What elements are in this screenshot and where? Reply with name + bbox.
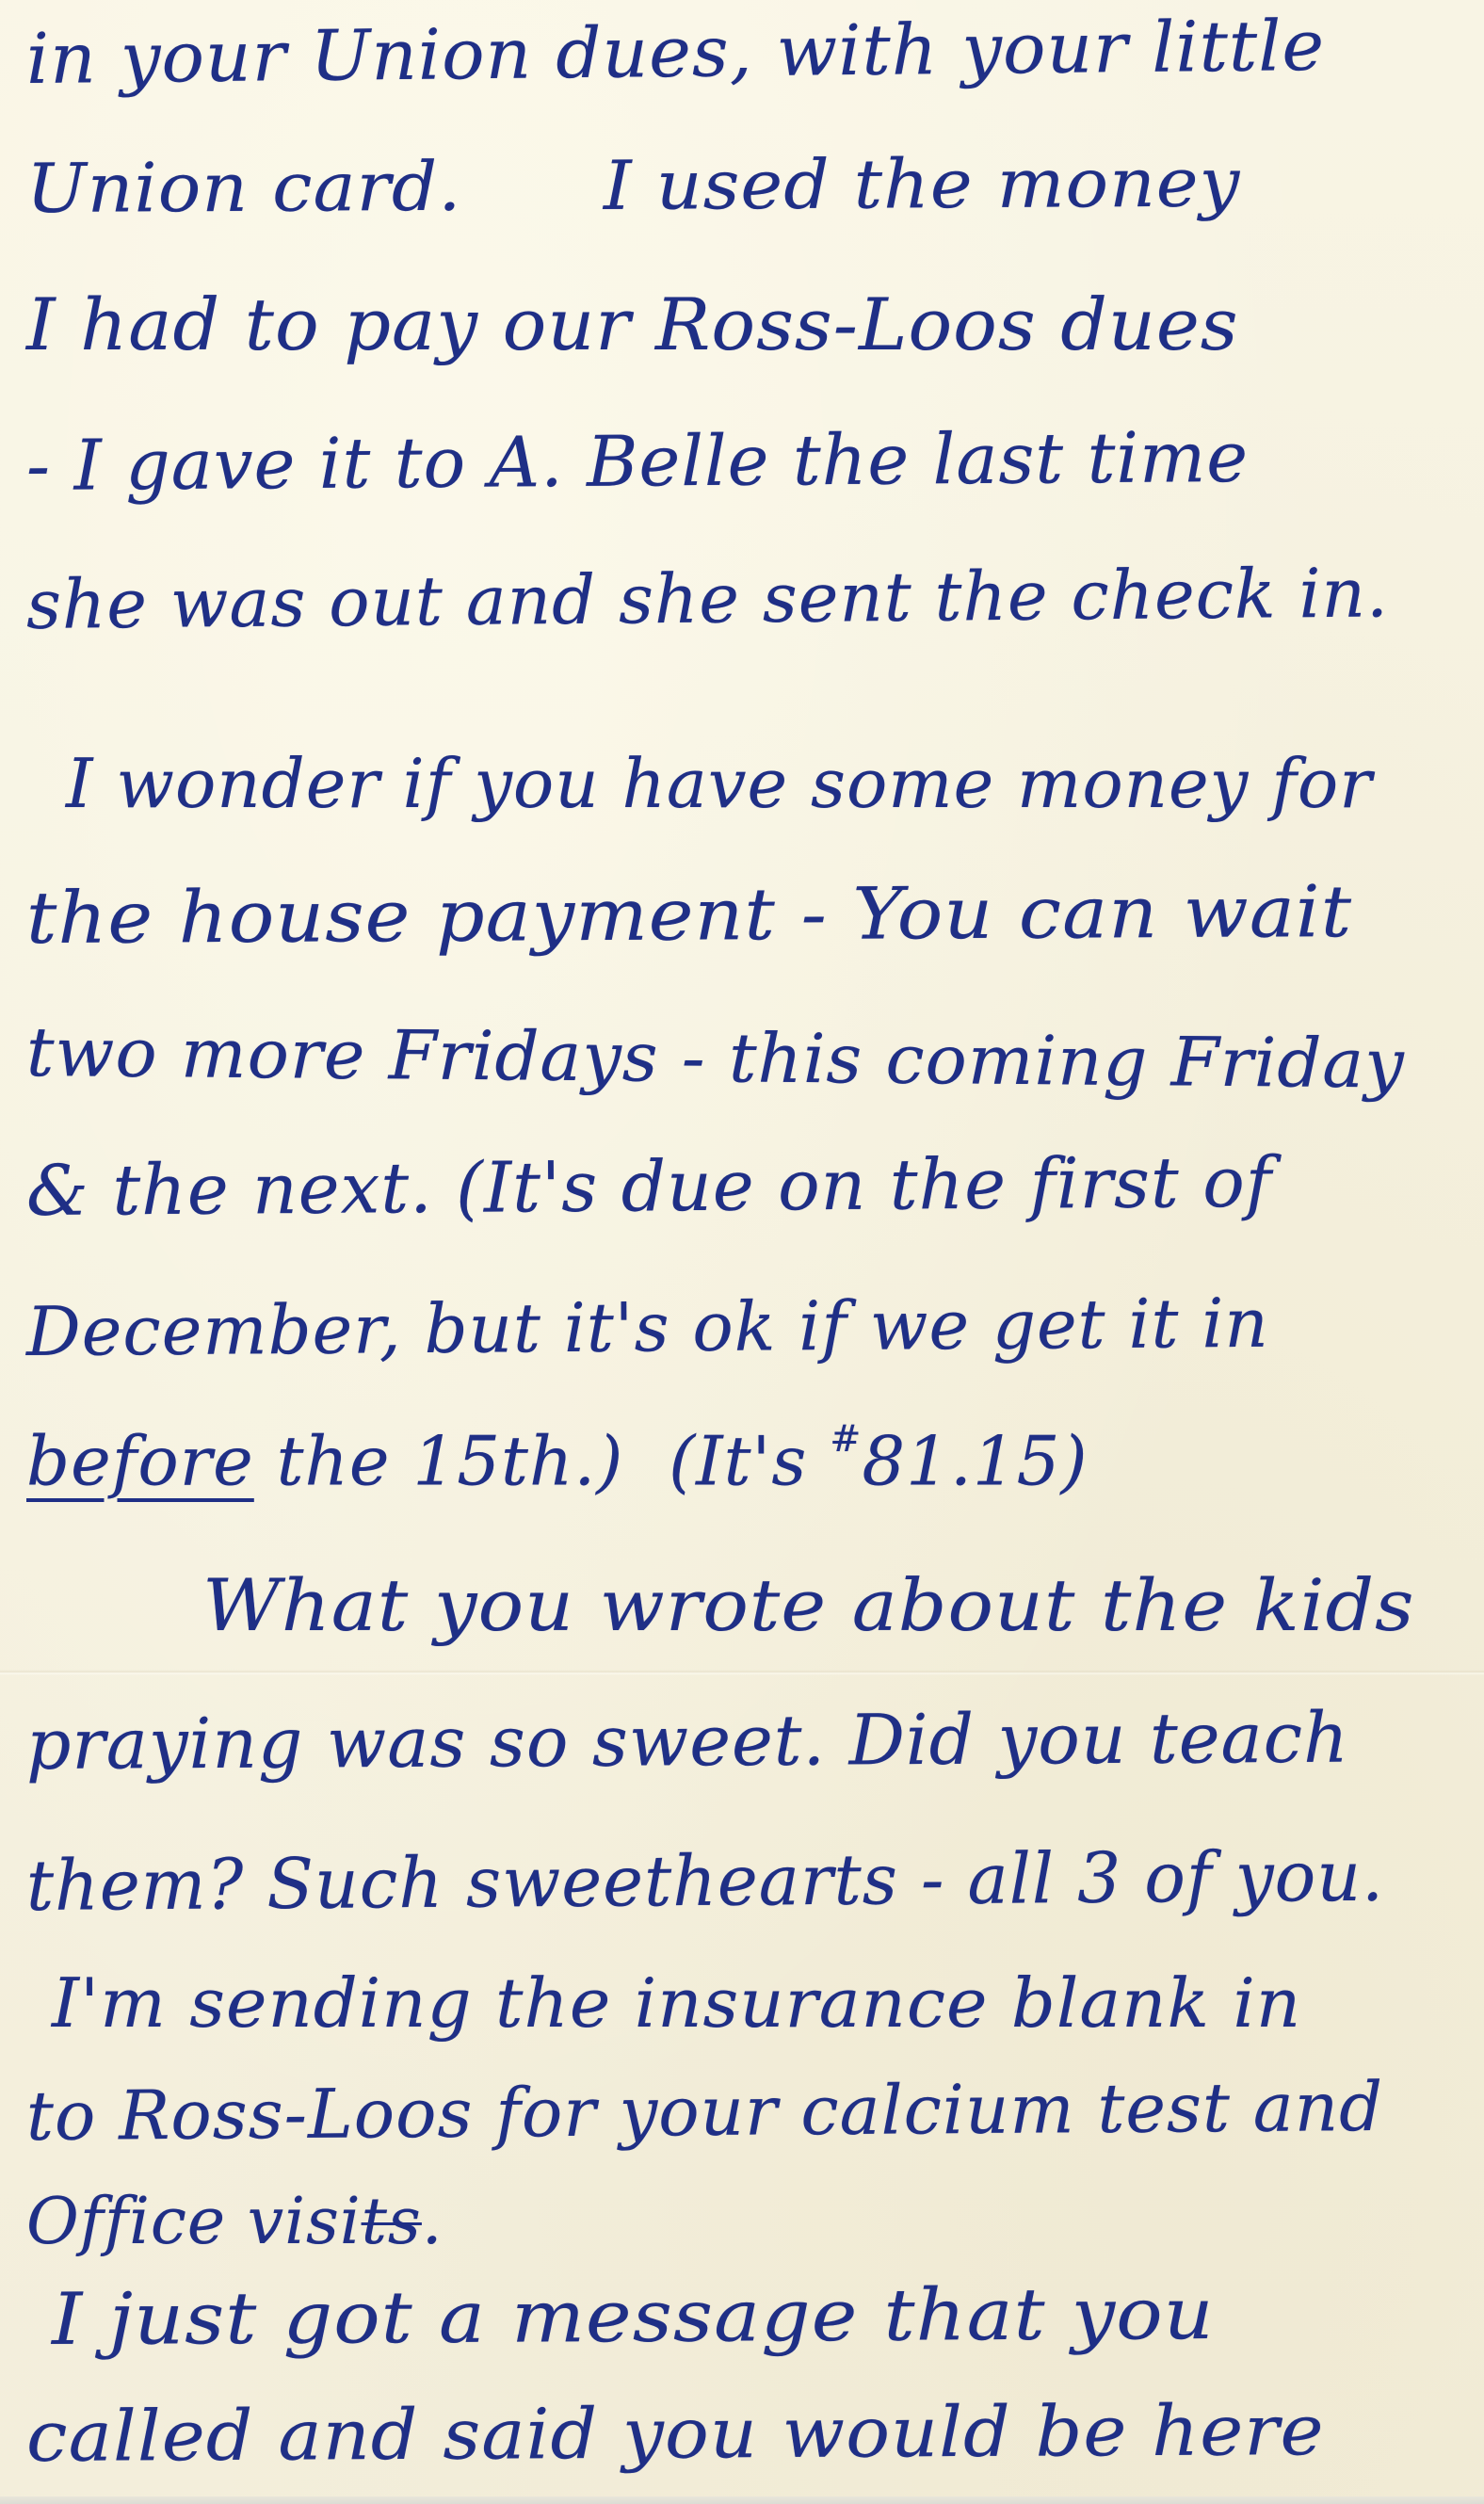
letter-line-1: in your Union dues, with your little bbox=[26, 6, 1326, 100]
line-17-end: . bbox=[422, 2185, 444, 2259]
letter-line-15: I'm sending the insurance blank in bbox=[52, 1963, 1301, 2043]
letter-line-19: called and said you would be here bbox=[26, 2390, 1325, 2478]
letter-line-7: the house payment - You can wait bbox=[26, 869, 1353, 960]
letter-line-9: & the next. (It's due on the first of bbox=[26, 1142, 1273, 1232]
letter-line-11: before the 15th.) (It's #81.15) bbox=[26, 1417, 1089, 1501]
line-17-main: Office visi bbox=[26, 2185, 362, 2259]
letter-line-8: two more Fridays - this coming Friday bbox=[26, 1012, 1405, 1104]
letter-line-13: praying was so sweet. Did you teach bbox=[26, 1698, 1349, 1785]
letter-line-12: What you wrote about the kids bbox=[202, 1563, 1415, 1647]
fold-crease bbox=[0, 1670, 1484, 1675]
amount-symbol: # bbox=[830, 1417, 862, 1461]
page-bottom-edge bbox=[0, 2496, 1484, 2504]
letter-page: in your Union dues, with your little Uni… bbox=[0, 0, 1484, 2504]
struck-text: ts bbox=[362, 2185, 422, 2259]
letter-line-14: them? Such sweethearts - all 3 of you. bbox=[26, 1836, 1385, 1927]
letter-line-2: Union card. I used the money bbox=[26, 143, 1241, 228]
payment-amount: 81.15) bbox=[862, 1422, 1088, 1501]
letter-line-16: to Ross-Loos for your calcium test and bbox=[26, 2067, 1384, 2156]
letter-line-5: she was out and she sent the check in. bbox=[26, 553, 1390, 644]
letter-line-18: I just got a message that you bbox=[52, 2271, 1215, 2361]
letter-line-17: Office visits. bbox=[26, 2185, 443, 2259]
underlined-word-before: before bbox=[26, 1422, 254, 1501]
line-11-rest: the 15th.) (It's bbox=[254, 1422, 830, 1501]
letter-line-4: - I gave it to A. Belle the last time bbox=[26, 417, 1250, 507]
letter-line-6: I wonder if you have some money for bbox=[66, 744, 1373, 823]
letter-line-3: I had to pay our Ross-Loos dues bbox=[26, 283, 1239, 366]
letter-line-10: December, but it's ok if we get it in bbox=[26, 1284, 1269, 1371]
